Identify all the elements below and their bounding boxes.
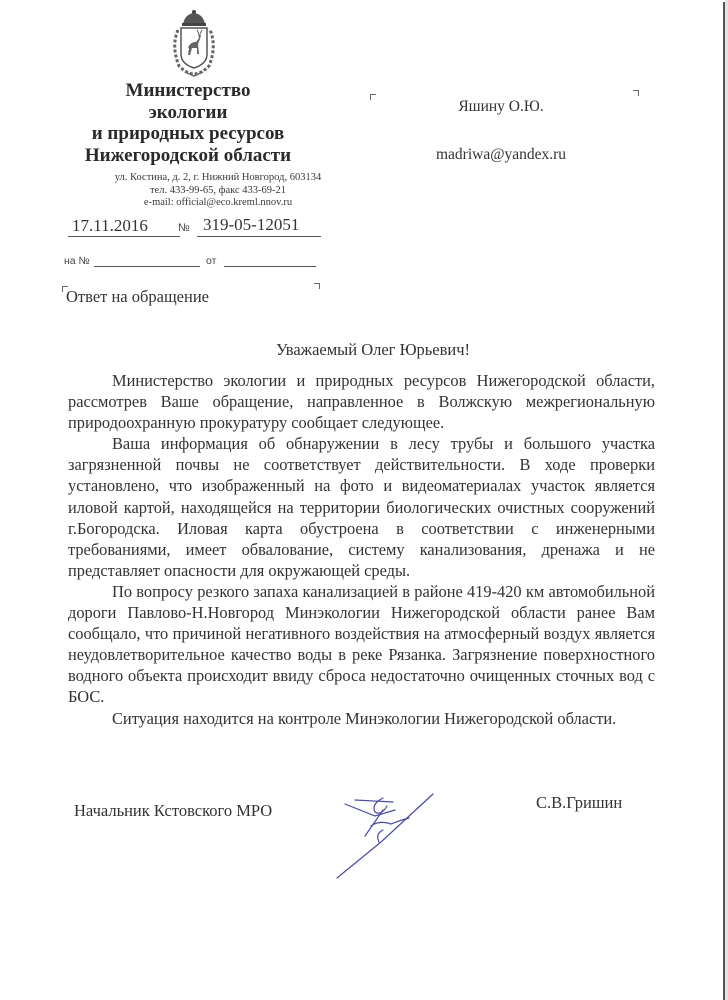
org-name-line: Министерство <box>60 80 316 102</box>
outgoing-date: 17.11.2016 <box>68 216 180 237</box>
organization-address: ул. Костина, д. 2, г. Нижний Новгород, 6… <box>60 172 376 210</box>
corner-mark <box>633 90 639 96</box>
coat-of-arms-icon <box>163 8 225 78</box>
org-name-line: Нижегородской области <box>60 145 316 167</box>
address-line: e-mail: official@eco.kreml.nnov.ru <box>60 197 376 210</box>
recipient-email: madriwa@yandex.ru <box>366 146 636 164</box>
outgoing-number: 319-05-12051 <box>197 214 321 237</box>
org-name-line: экологии <box>60 102 316 124</box>
salutation: Уважаемый Олег Юрьевич! <box>0 340 728 360</box>
address-line: ул. Костина, д. 2, г. Нижний Новгород, 6… <box>60 172 376 185</box>
signatory-name: С.В.Гришин <box>536 793 622 813</box>
recipient-name: Яшину О.Ю. <box>366 98 636 116</box>
org-name-line: и природных ресурсов <box>60 123 316 145</box>
signatory-position: Начальник Кстовского МРО <box>74 801 272 821</box>
body-paragraph: По вопросу резкого запаха канализацией в… <box>68 581 655 708</box>
number-label: № <box>178 222 190 234</box>
address-line: тел. 433-99-65, факс 433-69-21 <box>60 185 376 198</box>
reference-date-label: от <box>206 255 216 267</box>
reference-date-field <box>224 266 316 267</box>
body-paragraph: Министерство экологии и природных ресурс… <box>68 370 655 433</box>
organization-name: Министерство экологии и природных ресурс… <box>60 80 316 166</box>
reference-number-label: на № <box>64 255 90 267</box>
reference-number-field <box>94 266 200 267</box>
handwritten-signature-icon <box>335 790 445 880</box>
corner-mark <box>314 283 320 289</box>
body-paragraph: Ситуация находится на контроле Минэколог… <box>68 708 655 729</box>
letter-body: Министерство экологии и природных ресурс… <box>68 370 655 729</box>
letter-subject: Ответ на обращение <box>66 287 209 307</box>
scan-edge-line <box>723 2 725 1000</box>
body-paragraph: Ваша информация об обнаружении в лесу тр… <box>68 433 655 581</box>
